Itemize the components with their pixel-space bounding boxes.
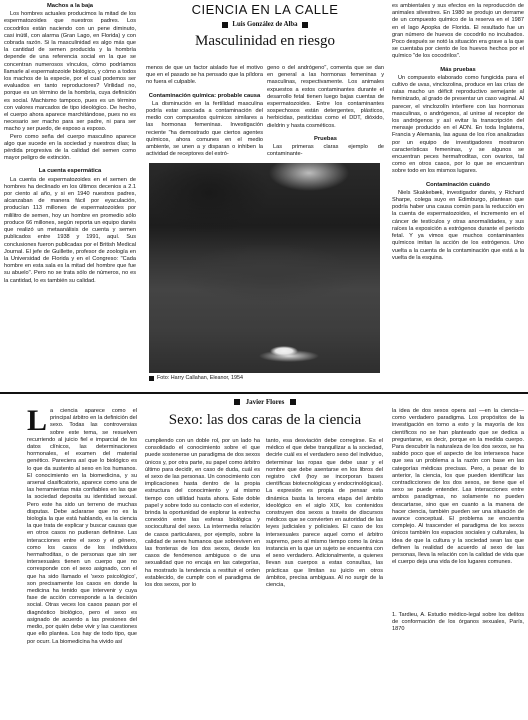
paragraph: Un compuesto elaborado como fungicida pa… [392, 75, 524, 176]
article2-column-4: la idea de dos sexos opera así —en la ci… [392, 408, 524, 608]
article1-column-2: menos de que un factor aislado fue el mo… [146, 65, 263, 160]
article2-author: Javier Flores [246, 398, 285, 406]
article1-author: Luis González de Alba [232, 21, 297, 28]
subheading: Pruebas [267, 136, 384, 143]
section-divider [0, 392, 528, 394]
article2-col3-text: tanto, esa desviación debe corregirse. E… [266, 438, 383, 588]
article1-byline: Luis González de Alba [140, 21, 390, 28]
paragraph: La disminución en la fertilidad masculin… [146, 101, 263, 159]
article2-headline: Sexo: las dos caras de la ciencia [140, 412, 390, 429]
section-title: CIENCIA EN LA CALLE [140, 2, 390, 17]
bullet-square-icon [234, 399, 240, 405]
paragraph: Pero como seña del cuerpo masculino apar… [4, 134, 136, 163]
photo-caption: Foto: Harry Callahan, Eleanor, 1954 [149, 375, 243, 381]
bullet-square-icon [302, 22, 308, 28]
article1-column-4: es ambientales y sus efectos en la repro… [392, 3, 524, 389]
photo-caption-text: Foto: Harry Callahan, Eleanor, 1954 [157, 375, 243, 381]
paragraph: menos de que un factor aislado fue el mo… [146, 65, 263, 87]
subheading: La cuenta espermática [4, 168, 136, 175]
bullet-square-icon [222, 22, 228, 28]
subheading: Contaminación química: probable causa [146, 93, 263, 100]
paragraph: Niels Skakkebæk, investigador danés, y R… [392, 190, 524, 262]
article1-column-1: Machos a la bajaLos hombres actuales pro… [4, 3, 136, 389]
paragraph: La cuenta de espermatozoides en el semen… [4, 177, 136, 285]
dropcap: L [27, 409, 47, 433]
article2-column-3: tanto, esa desviación debe corregirse. E… [266, 438, 383, 648]
article2-column-2: cumpliendo con un doble rol, por un lado… [145, 438, 260, 648]
footnote-text: 1. Tardieu, A. Estudio médico-legal sobr… [392, 612, 524, 632]
subheading: Más pruebas [392, 67, 524, 74]
article1-column-3: geno o del andrógeno", comenta que se da… [267, 65, 384, 160]
article2-column-1: L a ciencia aparece como el principal ár… [27, 408, 137, 648]
article2-byline: Javier Flores [140, 398, 390, 406]
bullet-square-icon [290, 399, 296, 405]
bullet-square-icon [149, 376, 154, 381]
article2-col2-text: cumpliendo con un doble rol, por un lado… [145, 438, 260, 588]
paragraph: geno o del andrógeno", comenta que se da… [267, 65, 384, 130]
article2-col1-text: a ciencia aparece como el principal árbi… [27, 408, 137, 645]
article1-headline: Masculinidad en riesgo [140, 33, 390, 50]
paragraph: Los hombres actuales producimos la mitad… [4, 11, 136, 133]
subheading: Machos a la baja [4, 3, 136, 10]
paragraph: es ambientales y sus efectos en la repro… [392, 3, 524, 61]
masthead: CIENCIA EN LA CALLE Luis González de Alb… [140, 2, 390, 50]
article1-photo [149, 163, 380, 373]
subheading: Contaminación cuándo [392, 182, 524, 189]
article2-footnote: 1. Tardieu, A. Estudio médico-legal sobr… [392, 612, 524, 642]
paragraph: Las primeras claras ejemplo de contamina… [267, 144, 384, 158]
article2-col4-text: la idea de dos sexos opera así —en la ci… [392, 408, 524, 565]
